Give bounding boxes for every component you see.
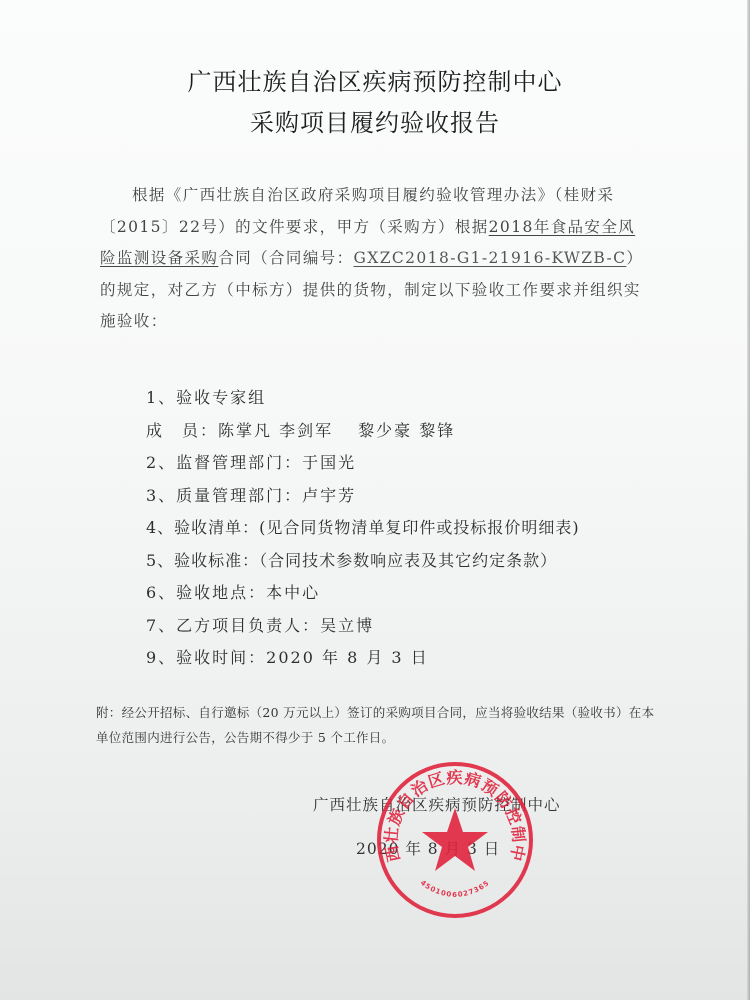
official-seal-icon: 广西壮族自治区疾病预防控制中心 4501006027365 bbox=[375, 760, 535, 920]
item-acceptance-standard: 5、验收标准：（合同技术参数响应表及其它约定条款） bbox=[146, 545, 666, 578]
item-vendor-manager: 7、乙方项目负责人：吴立博 bbox=[146, 610, 666, 643]
item-acceptance-time: 9、验收时间：2020 年 8 月 3 日 bbox=[146, 642, 666, 675]
item-expert-group: 1、验收专家组 bbox=[146, 382, 666, 415]
intro-text-2: 合同（合同编号： bbox=[218, 249, 353, 267]
appendix-note: 附：经公开招标、自行邀标（20 万元以上）签订的采购项目合同，应当将验收结果（验… bbox=[96, 700, 656, 750]
item-supervision-dept: 2、监督管理部门：于国光 bbox=[146, 447, 666, 480]
contract-number: GXZC2018-G1-21916-KWZB-C bbox=[354, 249, 627, 267]
acceptance-items-list: 1、验收专家组 成 员：陈掌凡 李剑军 黎少豪 黎锋 2、监督管理部门：于国光 … bbox=[146, 382, 666, 675]
svg-text:4501006027365: 4501006027365 bbox=[419, 879, 491, 899]
item-acceptance-location: 6、验收地点：本中心 bbox=[146, 577, 666, 610]
item-members: 成 员：陈掌凡 李剑军 黎少豪 黎锋 bbox=[146, 415, 666, 448]
intro-paragraph: 根据《广西壮族自治区政府采购项目履约验收管理办法》（桂财采〔2015〕22号）的… bbox=[100, 180, 648, 338]
document-page: 广西壮族自治区疾病预防控制中心 采购项目履约验收报告 根据《广西壮族自治区政府采… bbox=[0, 0, 750, 1000]
document-title-org: 广西壮族自治区疾病预防控制中心 bbox=[0, 62, 750, 97]
document-title-report: 采购项目履约验收报告 bbox=[0, 103, 750, 138]
item-quality-dept: 3、质量管理部门：卢宇芳 bbox=[146, 480, 666, 513]
item-acceptance-list: 4、验收清单：(见合同货物清单复印件或投标报价明细表) bbox=[146, 512, 666, 545]
